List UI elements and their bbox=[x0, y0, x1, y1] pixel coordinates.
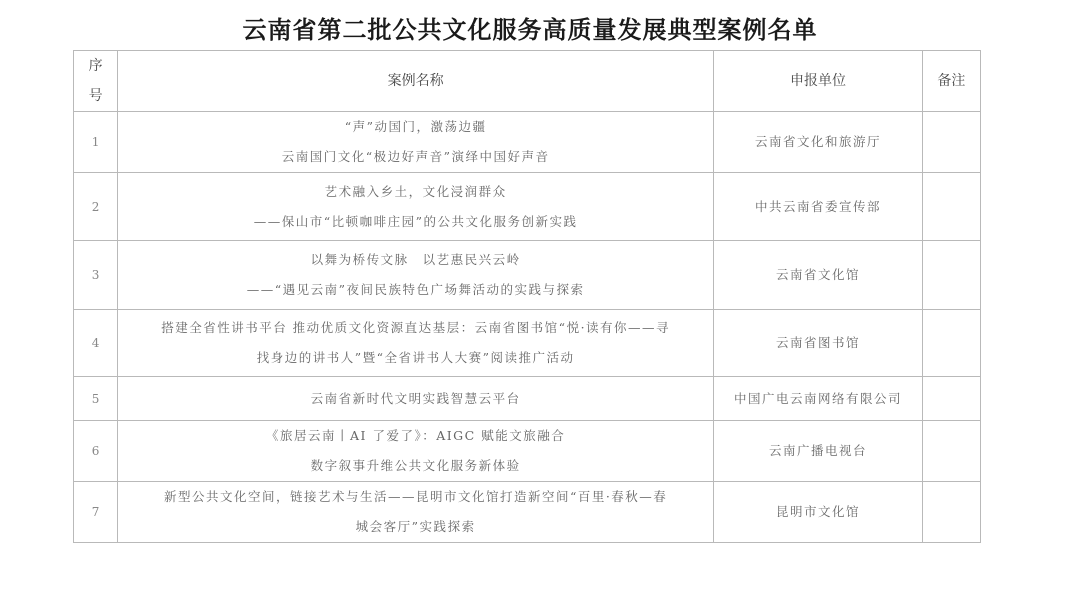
remarks-cell bbox=[922, 112, 980, 173]
case-name: 新型公共文化空间，链接艺术与生活——昆明市文化馆打造新空间“百里·春秋—春 城会… bbox=[118, 482, 714, 543]
table-row: 2 艺术融入乡土，文化浸润群众 ——保山市“比顿咖啡庄园”的公共文化服务创新实践… bbox=[74, 173, 981, 241]
table-row: 3 以舞为桥传文脉 以艺惠民兴云岭 ——“遇见云南”夜间民族特色广场舞活动的实践… bbox=[74, 241, 981, 310]
remarks-cell bbox=[922, 482, 980, 543]
applicant-unit: 云南省文化和旅游厅 bbox=[714, 112, 923, 173]
header-applicant-unit: 申报单位 bbox=[714, 51, 923, 112]
applicant-unit: 中共云南省委宣传部 bbox=[714, 173, 923, 241]
document-title: 云南省第二批公共文化服务高质量发展典型案例名单 bbox=[0, 10, 1060, 45]
case-name: 搭建全省性讲书平台 推动优质文化资源直达基层：云南省图书馆“悦·读有你——寻 找… bbox=[118, 310, 714, 377]
table-row: 6 《旅居云南丨AI 了爱了》：AIGC 赋能文旅融合 数字叙事升维公共文化服务… bbox=[74, 421, 981, 482]
row-number: 2 bbox=[74, 173, 118, 241]
case-name: 《旅居云南丨AI 了爱了》：AIGC 赋能文旅融合 数字叙事升维公共文化服务新体… bbox=[118, 421, 714, 482]
applicant-unit: 云南广播电视台 bbox=[714, 421, 923, 482]
header-remarks: 备注 bbox=[922, 51, 980, 112]
remarks-cell bbox=[922, 241, 980, 310]
table-row: 4 搭建全省性讲书平台 推动优质文化资源直达基层：云南省图书馆“悦·读有你——寻… bbox=[74, 310, 981, 377]
header-case-name: 案例名称 bbox=[118, 51, 714, 112]
row-number: 7 bbox=[74, 482, 118, 543]
case-list-table: 序 号 案例名称 申报单位 备注 1 “声”动国门，激荡边疆 云南国门文化“极边… bbox=[73, 50, 981, 543]
table-row: 7 新型公共文化空间，链接艺术与生活——昆明市文化馆打造新空间“百里·春秋—春 … bbox=[74, 482, 981, 543]
case-name: “声”动国门，激荡边疆 云南国门文化“极边好声音”演绎中国好声音 bbox=[118, 112, 714, 173]
row-number: 1 bbox=[74, 112, 118, 173]
row-number: 4 bbox=[74, 310, 118, 377]
table-row: 1 “声”动国门，激荡边疆 云南国门文化“极边好声音”演绎中国好声音 云南省文化… bbox=[74, 112, 981, 173]
row-number: 3 bbox=[74, 241, 118, 310]
applicant-unit: 昆明市文化馆 bbox=[714, 482, 923, 543]
row-number: 5 bbox=[74, 377, 118, 421]
row-number: 6 bbox=[74, 421, 118, 482]
case-name: 艺术融入乡土，文化浸润群众 ——保山市“比顿咖啡庄园”的公共文化服务创新实践 bbox=[118, 173, 714, 241]
table-header-row: 序 号 案例名称 申报单位 备注 bbox=[74, 51, 981, 112]
remarks-cell bbox=[922, 173, 980, 241]
remarks-cell bbox=[922, 421, 980, 482]
table-row: 5 云南省新时代文明实践智慧云平台 中国广电云南网络有限公司 bbox=[74, 377, 981, 421]
remarks-cell bbox=[922, 377, 980, 421]
applicant-unit: 云南省文化馆 bbox=[714, 241, 923, 310]
applicant-unit: 中国广电云南网络有限公司 bbox=[714, 377, 923, 421]
case-name: 云南省新时代文明实践智慧云平台 bbox=[118, 377, 714, 421]
remarks-cell bbox=[922, 310, 980, 377]
applicant-unit: 云南省图书馆 bbox=[714, 310, 923, 377]
header-serial-number: 序 号 bbox=[74, 51, 118, 112]
case-name: 以舞为桥传文脉 以艺惠民兴云岭 ——“遇见云南”夜间民族特色广场舞活动的实践与探… bbox=[118, 241, 714, 310]
